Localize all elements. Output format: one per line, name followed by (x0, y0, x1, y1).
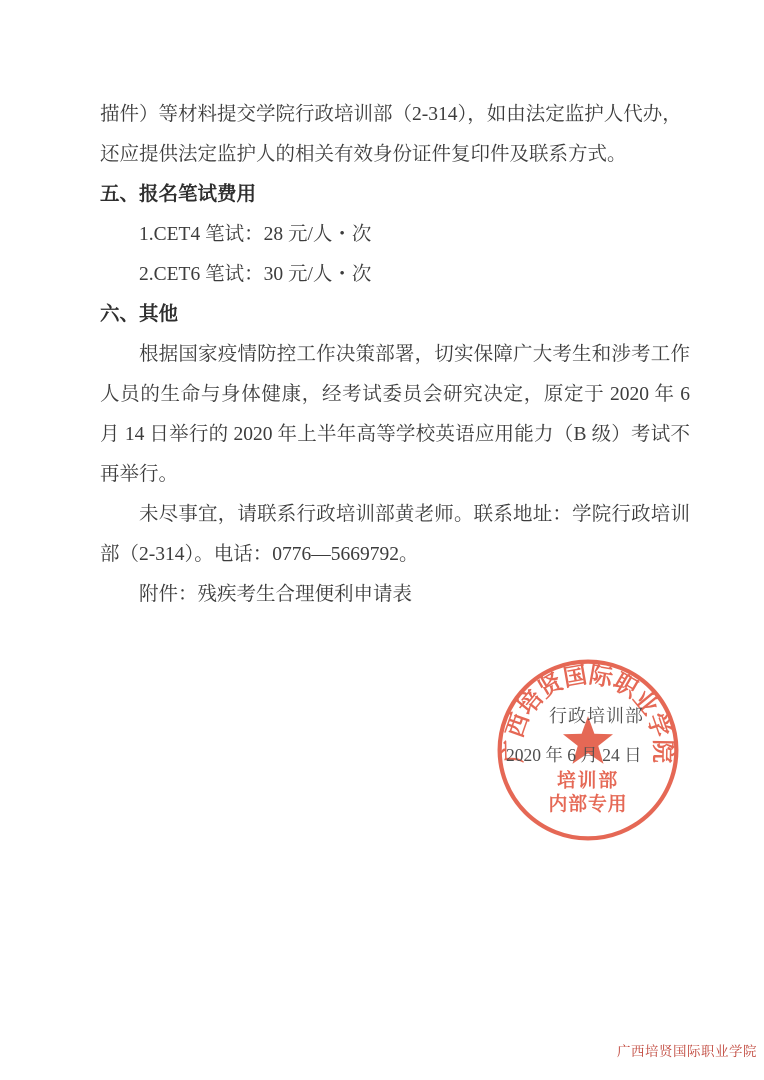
footer-school-name: 广西培贤国际职业学院 (617, 1040, 757, 1060)
signature-department: 行政培训部 (549, 702, 644, 728)
section-heading-other: 六、其他 (100, 295, 690, 335)
document-page: 描件）等材料提交学院行政培训部（2-314），如由法定监护人代办， 还应提供法定… (0, 0, 764, 1080)
signature-block: 广西培贤国际职业学院 培训部 内部专用 行政培训部 2020 年 6 月 24 … (480, 640, 710, 860)
cancellation-para-line-1: 根据国家疫情防控工作决策部署，切实保障广大考生和涉考工作 (100, 335, 690, 375)
attachment-line: 附件：残疾考生合理便利申请表 (100, 575, 690, 615)
seal-center-line-1: 培训部 (557, 769, 619, 792)
paragraph-continuation-line-2: 还应提供法定监护人的相关有效身份证件复印件及联系方式。 (100, 135, 690, 175)
fee-item-cet4: 1.CET4 笔试：28 元/人・次 (100, 215, 690, 255)
section-heading-fees: 五、报名笔试费用 (100, 175, 690, 215)
contact-para-line-2: 部（2-314）。电话：0776—5669792。 (100, 535, 690, 575)
seal-center-line-2: 内部专用 (549, 792, 628, 815)
cancellation-para-line-3: 月 14 日举行的 2020 年上半年高等学校英语应用能力（B 级）考试不 (100, 415, 690, 455)
signature-date: 2020 年 6 月 24 日 (506, 742, 642, 767)
cancellation-para-line-2: 人员的生命与身体健康，经考试委员会研究决定，原定于 2020 年 6 (100, 375, 690, 415)
paragraph-continuation-line-1: 描件）等材料提交学院行政培训部（2-314），如由法定监护人代办， (100, 95, 690, 135)
cancellation-para-line-4: 再举行。 (100, 455, 690, 495)
contact-para-line-1: 未尽事宜，请联系行政培训部黄老师。联系地址：学院行政培训 (100, 495, 690, 535)
fee-item-cet6: 2.CET6 笔试：30 元/人・次 (100, 255, 690, 295)
document-body: 描件）等材料提交学院行政培训部（2-314），如由法定监护人代办， 还应提供法定… (100, 95, 690, 615)
